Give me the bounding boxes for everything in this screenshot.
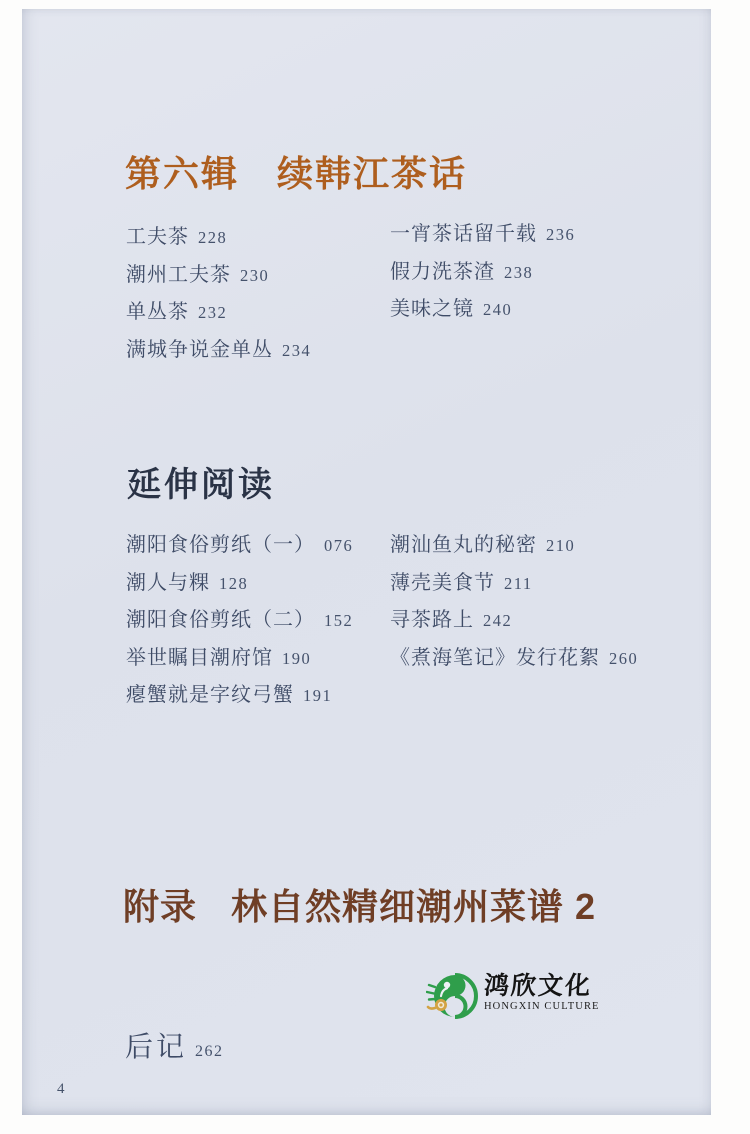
appendix-title-text: 林自然精细潮州菜谱 2 bbox=[231, 886, 596, 927]
toc-entry-page: 211 bbox=[504, 574, 533, 593]
book-page: 第六辑续韩江茶话 工夫茶228 潮州工夫茶230 单丛茶232 满城争说金单丛2… bbox=[22, 9, 711, 1115]
toc-entry-page: 232 bbox=[198, 303, 227, 322]
toc-entry: 美味之镜240 bbox=[390, 291, 575, 329]
afterword-label: 后记 bbox=[125, 1032, 187, 1063]
publisher-logo: 鸿欣文化 HONGXIN CULTURE bbox=[426, 972, 600, 1020]
toc-entry: 潮人与粿128 bbox=[126, 565, 353, 603]
toc-entry-page: 260 bbox=[609, 649, 638, 668]
appendix-title: 附录林自然精细潮州菜谱 2 bbox=[123, 879, 596, 930]
toc-entry: 举世瞩目潮府馆190 bbox=[126, 640, 353, 678]
toc-entry-label: 单丛茶 bbox=[126, 301, 189, 323]
section-tea-title-text: 续韩江茶话 bbox=[277, 153, 467, 194]
tea-toc-left-column: 工夫茶228 潮州工夫茶230 单丛茶232 满城争说金单丛234 bbox=[126, 219, 311, 369]
toc-entry-label: 潮阳食俗剪纸（一） bbox=[126, 534, 315, 556]
toc-entry: 单丛茶232 bbox=[126, 294, 311, 332]
toc-entry: 潮阳食俗剪纸（一）076 bbox=[126, 527, 353, 565]
section-tea-title: 第六辑续韩江茶话 bbox=[125, 146, 467, 197]
publisher-logo-text: 鸿欣文化 HONGXIN CULTURE bbox=[484, 972, 600, 1012]
toc-entry: 潮阳食俗剪纸（二）152 bbox=[126, 602, 353, 640]
toc-entry-label: 工夫茶 bbox=[126, 226, 189, 248]
toc-entry-label: 《煮海笔记》发行花絮 bbox=[390, 647, 600, 669]
toc-entry-page: 236 bbox=[546, 225, 575, 244]
toc-entry-label: 满城争说金单丛 bbox=[126, 339, 273, 361]
toc-entry-page: 128 bbox=[219, 574, 248, 593]
toc-entry-label: 假力洗茶渣 bbox=[390, 261, 495, 283]
toc-entry-label: 美味之镜 bbox=[390, 298, 474, 320]
tea-toc-right-column: 一宵茶话留千载236 假力洗茶渣238 美味之镜240 bbox=[390, 216, 575, 329]
toc-entry: 潮汕鱼丸的秘密210 bbox=[390, 527, 638, 565]
toc-entry: 一宵茶话留千载236 bbox=[390, 216, 575, 254]
toc-entry-page: 230 bbox=[240, 266, 269, 285]
toc-entry: 寻茶路上242 bbox=[390, 602, 638, 640]
toc-entry-label: 潮州工夫茶 bbox=[126, 264, 231, 286]
page-number: 4 bbox=[57, 1081, 65, 1098]
publisher-name-en: HONGXIN CULTURE bbox=[484, 1001, 600, 1012]
afterword-page: 262 bbox=[195, 1043, 224, 1060]
publisher-name-cn: 鸿欣文化 bbox=[483, 972, 601, 1000]
toc-entry-label: 瘪蟹就是字纹弓蟹 bbox=[126, 684, 294, 706]
toc-entry-label: 潮人与粿 bbox=[126, 572, 210, 594]
appendix-title-prefix: 附录 bbox=[123, 886, 197, 927]
toc-entry-page: 238 bbox=[504, 263, 533, 282]
toc-entry: 潮州工夫茶230 bbox=[126, 257, 311, 295]
hongxin-logo-icon bbox=[426, 972, 478, 1020]
toc-entry-label: 一宵茶话留千载 bbox=[390, 223, 537, 245]
toc-entry-page: 228 bbox=[198, 228, 227, 247]
toc-entry: 满城争说金单丛234 bbox=[126, 332, 311, 370]
afterword-entry: 后记262 bbox=[125, 1025, 224, 1065]
toc-entry-page: 190 bbox=[282, 649, 311, 668]
toc-entry-page: 234 bbox=[282, 341, 311, 360]
toc-entry: 工夫茶228 bbox=[126, 219, 311, 257]
toc-entry-label: 寻茶路上 bbox=[390, 609, 474, 631]
toc-entry-page: 210 bbox=[546, 536, 575, 555]
toc-entry-label: 潮汕鱼丸的秘密 bbox=[390, 534, 537, 556]
toc-entry-page: 240 bbox=[483, 300, 512, 319]
toc-entry: 瘪蟹就是字纹弓蟹191 bbox=[126, 677, 353, 715]
toc-entry-page: 076 bbox=[324, 536, 353, 555]
toc-entry-label: 举世瞩目潮府馆 bbox=[126, 647, 273, 669]
toc-entry: 《煮海笔记》发行花絮260 bbox=[390, 640, 638, 678]
toc-entry-page: 191 bbox=[303, 686, 332, 705]
section-extended-title: 延伸阅读 bbox=[127, 457, 275, 506]
toc-entry-page: 242 bbox=[483, 611, 512, 630]
extended-toc-right-column: 潮汕鱼丸的秘密210 薄壳美食节211 寻茶路上242 《煮海笔记》发行花絮26… bbox=[390, 527, 638, 677]
toc-entry: 假力洗茶渣238 bbox=[390, 254, 575, 292]
toc-entry-page: 152 bbox=[324, 611, 353, 630]
extended-toc-left-column: 潮阳食俗剪纸（一）076 潮人与粿128 潮阳食俗剪纸（二）152 举世瞩目潮府… bbox=[126, 527, 353, 715]
toc-entry-label: 薄壳美食节 bbox=[390, 572, 495, 594]
section-tea-title-prefix: 第六辑 bbox=[125, 153, 239, 194]
toc-entry: 薄壳美食节211 bbox=[390, 565, 638, 603]
toc-entry-label: 潮阳食俗剪纸（二） bbox=[126, 609, 315, 631]
